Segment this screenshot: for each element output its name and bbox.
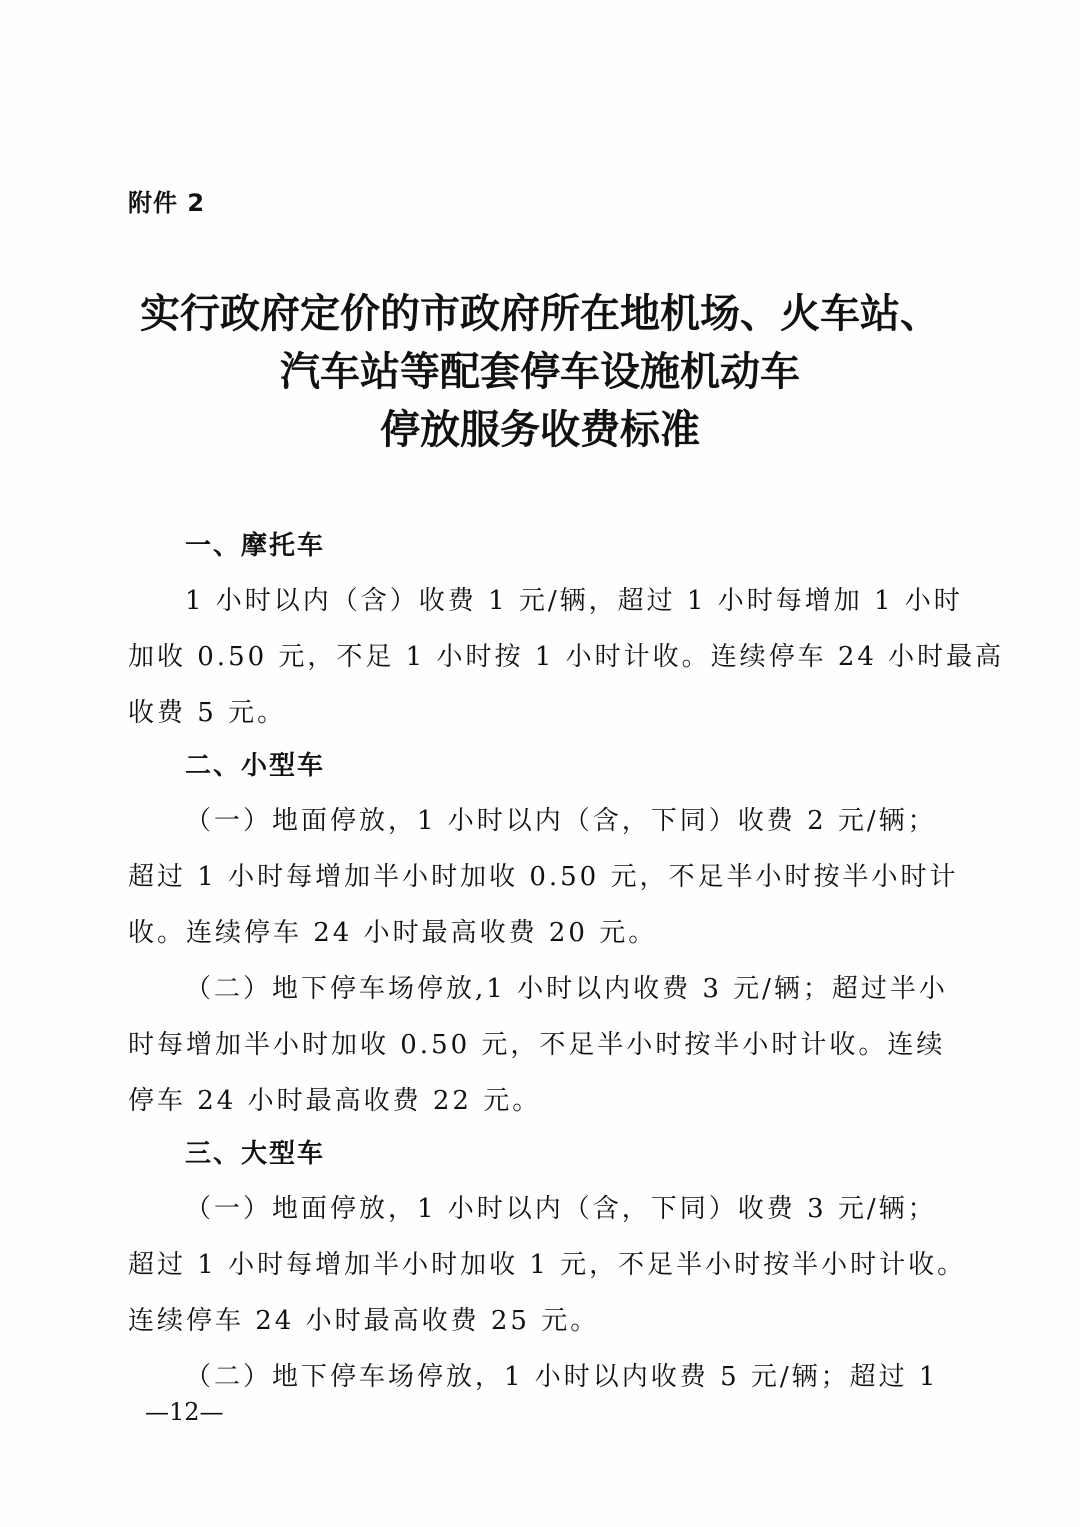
paragraph-line: 收费 5 元。 [128,692,928,729]
paragraph-line: （一）地面停放，1 小时以内（含，下同）收费 2 元/辆； [185,800,915,837]
paragraph-line: 1 小时以内（含）收费 1 元/辆，超过 1 小时每增加 1 小时 [185,580,928,617]
paragraph-line: 收。连续停车 24 小时最高收费 20 元。 [128,912,928,949]
paragraph-line: 时每增加半小时加收 0.50 元，不足半小时按半小时计收。连续 [128,1024,928,1061]
page-number: —12— [145,1398,224,1426]
document-title-line-3: 停放服务收费标准 [100,398,980,455]
section-heading-small-vehicle: 二、小型车 [185,745,325,782]
paragraph-line: 加收 0.50 元，不足 1 小时按 1 小时计收。连续停车 24 小时最高 [128,636,928,673]
paragraph-line: 停车 24 小时最高收费 22 元。 [128,1080,928,1117]
document-title-line-2: 汽车站等配套停车设施机动车 [100,340,980,397]
section-heading-large-vehicle: 三、大型车 [185,1133,325,1170]
paragraph-line: （二）地下停车场停放,1 小时以内收费 3 元/辆；超过半小 [185,968,928,1005]
paragraph-line: （二）地下停车场停放，1 小时以内收费 5 元/辆；超过 1 [185,1356,928,1393]
attachment-label: 附件 2 [128,183,205,218]
paragraph-line: （一）地面停放，1 小时以内（含，下同）收费 3 元/辆； [185,1188,915,1225]
document-title-line-1: 实行政府定价的市政府所在地机场、火车站、 [100,282,980,339]
section-heading-motorcycle: 一、摩托车 [185,525,325,562]
paragraph-line: 超过 1 小时每增加半小时加收 1 元，不足半小时按半小时计收。 [128,1244,928,1281]
paragraph-line: 连续停车 24 小时最高收费 25 元。 [128,1300,928,1337]
document-page: 附件 2 实行政府定价的市政府所在地机场、火车站、 汽车站等配套停车设施机动车 … [0,0,1080,1527]
paragraph-line: 超过 1 小时每增加半小时加收 0.50 元，不足半小时按半小时计 [128,856,928,893]
